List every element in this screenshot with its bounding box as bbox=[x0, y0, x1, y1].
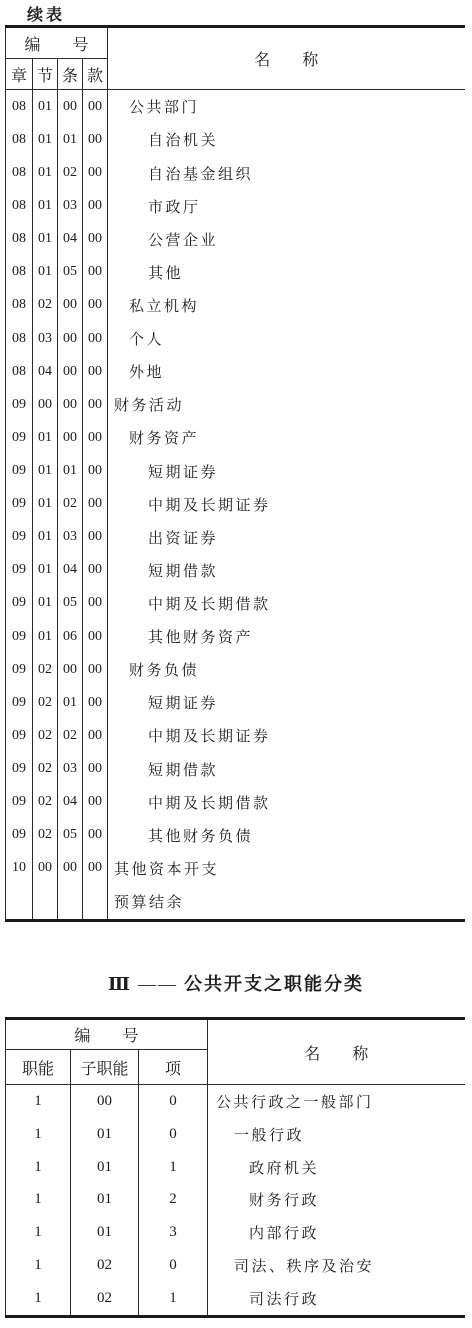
code-cell: 10 bbox=[6, 852, 33, 885]
name-cell: 出资证券 bbox=[108, 521, 465, 554]
code-cell: 01 bbox=[71, 1151, 139, 1184]
code-cell: 01 bbox=[33, 521, 58, 554]
name-cell: 短期证券 bbox=[108, 454, 465, 487]
code-cell: 00 bbox=[83, 90, 108, 124]
name-cell: 公共部门 bbox=[108, 90, 465, 124]
name-cell: 预算结余 bbox=[108, 885, 465, 921]
code-cell: 00 bbox=[71, 1085, 139, 1118]
code-cell: 1 bbox=[6, 1249, 71, 1282]
name-cell: 其他资本开支 bbox=[108, 852, 465, 885]
table-row: 09010100短期证券 bbox=[6, 454, 465, 487]
code-cell: 01 bbox=[33, 123, 58, 156]
table-row: 09020100短期证券 bbox=[6, 686, 465, 719]
code-cell: 03 bbox=[58, 521, 83, 554]
column-header-section: 节 bbox=[33, 59, 58, 90]
code-cell: 09 bbox=[6, 786, 33, 819]
code-cell: 00 bbox=[83, 421, 108, 454]
name-cell: 私立机构 bbox=[108, 289, 465, 322]
code-cell: 08 bbox=[6, 123, 33, 156]
code-cell: 00 bbox=[83, 223, 108, 256]
column-header-item: 项 bbox=[139, 1050, 208, 1085]
table-row: 08040000外地 bbox=[6, 355, 465, 388]
table-row: 08010400公营企业 bbox=[6, 223, 465, 256]
code-cell: 01 bbox=[58, 686, 83, 719]
code-cell: 04 bbox=[58, 554, 83, 587]
code-cell: 01 bbox=[71, 1183, 139, 1216]
code-cell bbox=[33, 885, 58, 921]
code-group-header: 编 号 bbox=[6, 27, 108, 59]
code-group-header: 编 号 bbox=[6, 1019, 208, 1050]
code-cell: 00 bbox=[58, 421, 83, 454]
code-cell: 01 bbox=[33, 488, 58, 521]
code-cell: 00 bbox=[83, 454, 108, 487]
table-row: 08020000私立机构 bbox=[6, 289, 465, 322]
code-cell: 00 bbox=[83, 554, 108, 587]
table-row: 08010500其他 bbox=[6, 256, 465, 289]
code-cell: 00 bbox=[83, 157, 108, 190]
code-cell: 01 bbox=[33, 90, 58, 124]
code-cell: 08 bbox=[6, 322, 33, 355]
table-row: 1011政府机关 bbox=[6, 1151, 465, 1184]
code-cell: 00 bbox=[83, 819, 108, 852]
code-cell: 09 bbox=[6, 587, 33, 620]
table-row: 09010300出资证券 bbox=[6, 521, 465, 554]
code-cell: 05 bbox=[58, 587, 83, 620]
code-cell: 1 bbox=[139, 1281, 208, 1316]
code-cell: 01 bbox=[58, 123, 83, 156]
name-cell: 市政厅 bbox=[108, 190, 465, 223]
table-row: 1013内部行政 bbox=[6, 1216, 465, 1249]
name-cell: 中期及长期借款 bbox=[108, 587, 465, 620]
column-header-subfunction: 子职能 bbox=[71, 1050, 139, 1085]
code-cell: 01 bbox=[58, 454, 83, 487]
code-cell: 01 bbox=[33, 587, 58, 620]
table-row: 09010500中期及长期借款 bbox=[6, 587, 465, 620]
table-row: 09010200中期及长期证券 bbox=[6, 488, 465, 521]
code-cell: 00 bbox=[58, 355, 83, 388]
name-cell: 中期及长期证券 bbox=[108, 488, 465, 521]
section-numeral: Ⅲ bbox=[108, 974, 132, 994]
code-cell: 01 bbox=[33, 454, 58, 487]
code-cell: 09 bbox=[6, 620, 33, 653]
code-cell: 05 bbox=[58, 256, 83, 289]
section-title-text: 公共开支之职能分类 bbox=[184, 974, 364, 994]
code-cell: 1 bbox=[139, 1151, 208, 1184]
code-cell: 09 bbox=[6, 819, 33, 852]
table-row: 1010一般行政 bbox=[6, 1118, 465, 1151]
scanned-document-page: 续表 编 号 名 称 章 节 条 款 08010000公共部门08010100自… bbox=[0, 0, 472, 1328]
name-cell: 中期及长期证券 bbox=[108, 719, 465, 752]
table-row: 1020司法、秩序及治安 bbox=[6, 1249, 465, 1282]
functional-classification-table: 编 号 名 称 职能 子职能 项 1000公共行政之一般部门1010一般行政10… bbox=[5, 1017, 465, 1318]
name-cell: 财务活动 bbox=[108, 388, 465, 421]
code-cell: 1 bbox=[6, 1118, 71, 1151]
table-row: 08030000个人 bbox=[6, 322, 465, 355]
code-cell bbox=[58, 885, 83, 921]
name-cell: 短期借款 bbox=[108, 554, 465, 587]
code-cell: 02 bbox=[33, 786, 58, 819]
code-cell: 00 bbox=[83, 719, 108, 752]
code-cell: 00 bbox=[33, 852, 58, 885]
section-title-dash: —— bbox=[132, 974, 184, 994]
code-cell: 00 bbox=[83, 322, 108, 355]
code-cell: 04 bbox=[58, 786, 83, 819]
code-cell: 00 bbox=[83, 256, 108, 289]
code-cell: 00 bbox=[83, 488, 108, 521]
table-row: 1000公共行政之一般部门 bbox=[6, 1085, 465, 1118]
code-cell: 01 bbox=[71, 1118, 139, 1151]
code-cell: 09 bbox=[6, 488, 33, 521]
code-cell: 01 bbox=[33, 223, 58, 256]
column-header-article: 条 bbox=[58, 59, 83, 90]
code-cell: 00 bbox=[83, 289, 108, 322]
table-row: 09010000财务资产 bbox=[6, 421, 465, 454]
code-cell: 05 bbox=[58, 819, 83, 852]
code-cell: 09 bbox=[6, 752, 33, 785]
table-row: 09020300短期借款 bbox=[6, 752, 465, 785]
name-cell: 公共行政之一般部门 bbox=[208, 1085, 465, 1118]
code-cell: 02 bbox=[58, 719, 83, 752]
code-cell: 09 bbox=[6, 719, 33, 752]
name-column-header: 名 称 bbox=[108, 27, 465, 90]
name-cell: 其他财务负债 bbox=[108, 819, 465, 852]
code-cell: 02 bbox=[58, 157, 83, 190]
code-cell: 08 bbox=[6, 90, 33, 124]
code-cell: 0 bbox=[139, 1118, 208, 1151]
name-cell: 其他财务资产 bbox=[108, 620, 465, 653]
name-cell: 司法、秩序及治安 bbox=[208, 1249, 465, 1282]
code-cell: 01 bbox=[33, 554, 58, 587]
table-row: 预算结余 bbox=[6, 885, 465, 921]
code-cell: 04 bbox=[58, 223, 83, 256]
code-cell: 09 bbox=[6, 686, 33, 719]
column-header-function: 职能 bbox=[6, 1050, 71, 1085]
name-cell: 政府机关 bbox=[208, 1151, 465, 1184]
table-row: 09000000财务活动 bbox=[6, 388, 465, 421]
name-cell: 中期及长期借款 bbox=[108, 786, 465, 819]
code-cell: 06 bbox=[58, 620, 83, 653]
table-row: 09020400中期及长期借款 bbox=[6, 786, 465, 819]
code-cell: 01 bbox=[33, 157, 58, 190]
code-cell: 08 bbox=[6, 190, 33, 223]
code-cell: 00 bbox=[83, 620, 108, 653]
table2-header: 编 号 名 称 职能 子职能 项 bbox=[6, 1019, 465, 1085]
code-cell: 00 bbox=[58, 322, 83, 355]
code-cell: 00 bbox=[58, 852, 83, 885]
table2-body: 1000公共行政之一般部门1010一般行政1011政府机关1012财务行政101… bbox=[6, 1085, 465, 1317]
economic-classification-table: 编 号 名 称 章 节 条 款 08010000公共部门08010100自治机关… bbox=[5, 25, 465, 922]
code-cell bbox=[83, 885, 108, 921]
code-cell: 00 bbox=[58, 90, 83, 124]
name-cell: 财务负债 bbox=[108, 653, 465, 686]
code-cell: 09 bbox=[6, 653, 33, 686]
table-row: 08010300市政厅 bbox=[6, 190, 465, 223]
name-cell: 财务资产 bbox=[108, 421, 465, 454]
code-cell: 00 bbox=[83, 852, 108, 885]
code-cell: 00 bbox=[83, 388, 108, 421]
code-cell: 02 bbox=[33, 752, 58, 785]
table-row: 10000000其他资本开支 bbox=[6, 852, 465, 885]
name-cell: 自治基金组织 bbox=[108, 157, 465, 190]
table-row: 1021司法行政 bbox=[6, 1281, 465, 1316]
code-cell: 01 bbox=[33, 256, 58, 289]
code-cell: 02 bbox=[71, 1281, 139, 1316]
section-title: Ⅲ——公共开支之职能分类 bbox=[0, 970, 472, 996]
code-cell: 02 bbox=[33, 819, 58, 852]
name-cell: 个人 bbox=[108, 322, 465, 355]
code-cell: 00 bbox=[83, 190, 108, 223]
code-cell: 01 bbox=[71, 1216, 139, 1249]
code-cell: 1 bbox=[6, 1216, 71, 1249]
name-cell: 内部行政 bbox=[208, 1216, 465, 1249]
code-cell: 1 bbox=[6, 1085, 71, 1118]
code-cell bbox=[6, 885, 33, 921]
code-cell: 00 bbox=[83, 686, 108, 719]
table-row: 09020200中期及长期证券 bbox=[6, 719, 465, 752]
name-cell: 其他 bbox=[108, 256, 465, 289]
code-cell: 02 bbox=[33, 719, 58, 752]
code-cell: 00 bbox=[83, 752, 108, 785]
code-cell: 00 bbox=[83, 123, 108, 156]
code-cell: 1 bbox=[6, 1151, 71, 1184]
code-cell: 03 bbox=[33, 322, 58, 355]
code-cell: 09 bbox=[6, 388, 33, 421]
code-cell: 00 bbox=[58, 653, 83, 686]
name-cell: 自治机关 bbox=[108, 123, 465, 156]
code-cell: 02 bbox=[58, 488, 83, 521]
code-cell: 02 bbox=[33, 289, 58, 322]
code-cell: 00 bbox=[83, 355, 108, 388]
code-cell: 09 bbox=[6, 521, 33, 554]
code-cell: 09 bbox=[6, 454, 33, 487]
code-cell: 0 bbox=[139, 1249, 208, 1282]
name-cell: 短期证券 bbox=[108, 686, 465, 719]
code-cell: 09 bbox=[6, 421, 33, 454]
code-cell: 00 bbox=[58, 388, 83, 421]
code-cell: 04 bbox=[33, 355, 58, 388]
table1-body: 08010000公共部门08010100自治机关08010200自治基金组织08… bbox=[6, 90, 465, 921]
code-cell: 01 bbox=[33, 620, 58, 653]
code-cell: 08 bbox=[6, 256, 33, 289]
code-cell: 08 bbox=[6, 157, 33, 190]
name-cell: 财务行政 bbox=[208, 1183, 465, 1216]
name-cell: 外地 bbox=[108, 355, 465, 388]
name-cell: 公营企业 bbox=[108, 223, 465, 256]
code-cell: 01 bbox=[33, 190, 58, 223]
continued-table-label: 续表 bbox=[27, 2, 65, 25]
code-cell: 00 bbox=[83, 587, 108, 620]
code-cell: 02 bbox=[33, 686, 58, 719]
code-cell: 00 bbox=[83, 786, 108, 819]
code-cell: 02 bbox=[71, 1249, 139, 1282]
code-cell: 00 bbox=[83, 653, 108, 686]
table-row: 08010200自治基金组织 bbox=[6, 157, 465, 190]
code-cell: 1 bbox=[6, 1281, 71, 1316]
code-cell: 2 bbox=[139, 1183, 208, 1216]
table1-header: 编 号 名 称 章 节 条 款 bbox=[6, 27, 465, 90]
code-cell: 08 bbox=[6, 289, 33, 322]
table-row: 09010600其他财务资产 bbox=[6, 620, 465, 653]
column-header-item: 款 bbox=[83, 59, 108, 90]
code-cell: 00 bbox=[33, 388, 58, 421]
name-cell: 司法行政 bbox=[208, 1281, 465, 1316]
code-cell: 09 bbox=[6, 554, 33, 587]
code-cell: 08 bbox=[6, 223, 33, 256]
table-row: 08010000公共部门 bbox=[6, 90, 465, 124]
code-cell: 08 bbox=[6, 355, 33, 388]
code-cell: 02 bbox=[33, 653, 58, 686]
name-cell: 一般行政 bbox=[208, 1118, 465, 1151]
code-cell: 00 bbox=[58, 289, 83, 322]
code-cell: 03 bbox=[58, 752, 83, 785]
table-row: 08010100自治机关 bbox=[6, 123, 465, 156]
code-cell: 03 bbox=[58, 190, 83, 223]
table-row: 1012财务行政 bbox=[6, 1183, 465, 1216]
code-cell: 3 bbox=[139, 1216, 208, 1249]
table-row: 09020500其他财务负债 bbox=[6, 819, 465, 852]
code-cell: 1 bbox=[6, 1183, 71, 1216]
code-cell: 01 bbox=[33, 421, 58, 454]
name-column-header: 名 称 bbox=[208, 1019, 465, 1085]
table-row: 09020000财务负债 bbox=[6, 653, 465, 686]
table-row: 09010400短期借款 bbox=[6, 554, 465, 587]
code-cell: 0 bbox=[139, 1085, 208, 1118]
column-header-chapter: 章 bbox=[6, 59, 33, 90]
name-cell: 短期借款 bbox=[108, 752, 465, 785]
code-cell: 00 bbox=[83, 521, 108, 554]
